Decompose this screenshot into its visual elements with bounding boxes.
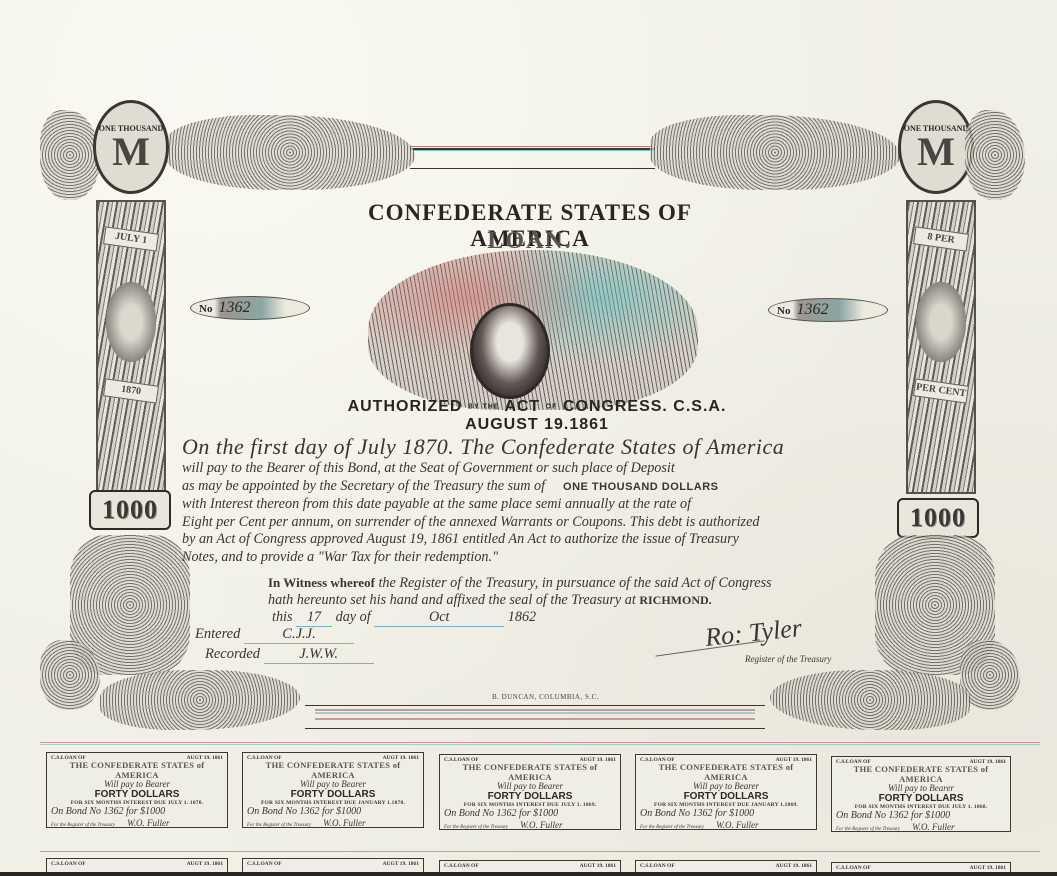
witness-lead: In Witness whereof — [268, 575, 375, 590]
coupon-register-line: For the Register of the TreasuryW.O. Ful… — [640, 820, 812, 830]
left-serial-number: No1362 — [190, 296, 310, 320]
coupon-bond-number: On Bond No 1362 for $1000 — [51, 806, 223, 818]
coupon-separator-cyan — [40, 744, 1040, 745]
left-pillar-banner-top: JULY 1 — [103, 226, 159, 251]
coupon-bond-number: On Bond No 1362 for $1000 — [444, 808, 616, 820]
coupon-register-line: For the Register of the TreasuryW.O. Ful… — [836, 822, 1006, 832]
printer-imprint: B. DUNCAN, COLUMBIA, S.C. — [492, 693, 599, 701]
coupon-issuer: THE CONFEDERATE STATES of AMERICA — [444, 762, 616, 782]
entered-value: C.J.J. — [244, 626, 354, 644]
act-text: ACT — [504, 398, 540, 415]
coupon-bond-number: On Bond No 1362 for $1000 — [247, 806, 419, 818]
coupon-bond-number: On Bond No 1362 for $1000 — [836, 810, 1006, 822]
scan-bottom-edge — [0, 872, 1057, 876]
serial-value: 1362 — [218, 299, 250, 316]
coupon-signature: W.O. Fuller — [127, 818, 169, 828]
witness-text-1: the Register of the Treasury, in pursuan… — [378, 575, 771, 591]
coupon-register-text: For the Register of the Treasury — [51, 823, 115, 828]
coupon-pay-text: Will pay to Bearer — [640, 782, 812, 791]
congress-text: CONGRESS. C.S.A. — [563, 398, 727, 415]
entered-line: Entered C.J.J. — [195, 626, 354, 644]
coupon-1: C.S.LOAN OFAUGT 19. 1861 THE CONFEDERATE… — [46, 752, 228, 828]
bottom-rule-2 — [305, 728, 765, 729]
this-label: this — [272, 609, 293, 625]
left-pillar-banner-bottom: 1870 — [103, 378, 159, 403]
right-pillar-figure — [916, 282, 966, 362]
coupon-pay-text: Will pay to Bearer — [247, 780, 419, 789]
serial-value: 1362 — [796, 301, 828, 318]
right-serial-number: No1362 — [768, 298, 888, 322]
recorded-line: Recorded J.W.W. — [205, 646, 374, 664]
coupon-signature: W.O. Fuller — [716, 820, 758, 830]
bond-body-text: On the first day of July 1870. The Confe… — [182, 434, 894, 566]
coupon-amount: FORTY DOLLARS — [51, 789, 223, 800]
left-cherub-engraving — [40, 110, 100, 200]
right-pillar-banner-bottom: PER CENT — [913, 378, 969, 403]
bond-certificate: ONE THOUSAND M ONE THOUSAND M JULY 1 187… — [0, 0, 1057, 876]
jefferson-davis-portrait — [470, 303, 550, 399]
day-of-label: day of — [336, 609, 371, 625]
top-rule-cyan — [410, 150, 655, 151]
bottom-rule-red-2 — [315, 718, 755, 720]
body-line-1: On the first day of July 1870. The Confe… — [182, 434, 894, 460]
coupon-amount: FORTY DOLLARS — [247, 789, 419, 800]
body-line-3: as may be appointed by the Secretary of … — [182, 478, 894, 497]
of-text: OF — [546, 403, 558, 410]
body-line-3-text: as may be appointed by the Secretary of … — [182, 478, 545, 494]
coupon-issuer: THE CONFEDERATE STATES of AMERICA — [247, 760, 419, 780]
month-value: Oct — [374, 609, 504, 627]
left-thousand-medallion: ONE THOUSAND M — [93, 100, 169, 194]
serial-label: No — [199, 303, 212, 315]
year-value: 1862 — [508, 609, 536, 625]
register-title: Register of the Treasury — [745, 654, 831, 664]
right-pillar-banner-top: 8 PER — [913, 226, 969, 251]
recorded-value: J.W.W. — [264, 646, 374, 664]
coupon-issuer: THE CONFEDERATE STATES of AMERICA — [640, 762, 812, 782]
date-text: AUGUST 19.1861 — [465, 416, 609, 433]
coupon-separator-red — [40, 742, 1040, 743]
left-wheat-pillar: JULY 1 1870 — [96, 200, 166, 494]
body-line-6: by an Act of Congress approved August 19… — [182, 531, 894, 549]
body-line-2: will pay to the Bearer of this Bond, at … — [182, 460, 894, 478]
top-rule-red — [410, 146, 655, 147]
coupon-register-line: For the Register of the TreasuryW.O. Ful… — [444, 820, 616, 830]
top-right-landscape-engraving — [650, 115, 900, 190]
coupon-bond-number: On Bond No 1362 for $1000 — [640, 808, 812, 820]
right-wheat-pillar: 8 PER PER CENT — [906, 200, 976, 494]
bottom-rule-cyan — [315, 712, 755, 714]
body-line-5: Eight per Cent per annum, on surrender o… — [182, 514, 894, 532]
entered-label: Entered — [195, 626, 240, 642]
serial-label: No — [777, 305, 790, 317]
authorized-text: AUTHORIZED — [348, 398, 463, 415]
coupon-register-text: For the Register of the Treasury — [836, 827, 900, 832]
witness-text-2: hath hereunto set his hand and affixed t… — [268, 592, 636, 608]
coupon-pay-text: Will pay to Bearer — [836, 784, 1006, 793]
body-line-4: with Interest thereon from this date pay… — [182, 496, 894, 514]
coupon-amount: FORTY DOLLARS — [444, 791, 616, 802]
top-left-landscape-engraving — [165, 115, 415, 190]
left-denomination: 1000 — [89, 490, 171, 530]
coupon-register-text: For the Register of the Treasury — [247, 823, 311, 828]
coupon-row2-separator — [40, 851, 1040, 852]
bottom-right-cornucopia — [770, 670, 970, 730]
left-pillar-figure — [106, 282, 156, 362]
coupon-amount: FORTY DOLLARS — [836, 793, 1006, 804]
coupon-amount: FORTY DOLLARS — [640, 791, 812, 802]
coupon-issuer: THE CONFEDERATE STATES of AMERICA — [51, 760, 223, 780]
coupon-3: C.S.LOAN OFAUGT 19. 1861 THE CONFEDERATE… — [439, 754, 621, 830]
coupon-register-text: For the Register of the Treasury — [444, 825, 508, 830]
bottom-rule-red — [315, 709, 755, 711]
right-denomination: 1000 — [897, 498, 979, 538]
witness-line-2: hath hereunto set his hand and affixed t… — [268, 592, 888, 609]
witness-line-1: In Witness whereof the Register of the T… — [268, 574, 888, 592]
coupon-signature: W.O. Fuller — [912, 822, 954, 832]
coupon-signature: W.O. Fuller — [520, 820, 562, 830]
coupon-2: C.S.LOAN OFAUGT 19. 1861 THE CONFEDERATE… — [242, 752, 424, 828]
coupon-4: C.S.LOAN OFAUGT 19. 1861 THE CONFEDERATE… — [635, 754, 817, 830]
coupon-signature: W.O. Fuller — [323, 818, 365, 828]
top-rule-lower — [410, 168, 655, 169]
right-thousand-medallion: ONE THOUSAND M — [898, 100, 974, 194]
witness-place: RICHMOND. — [639, 593, 711, 607]
coupon-register-line: For the Register of the TreasuryW.O. Ful… — [247, 818, 419, 828]
coupon-issuer: THE CONFEDERATE STATES of AMERICA — [836, 764, 1006, 784]
bond-sum: ONE THOUSAND DOLLARS — [563, 481, 718, 493]
bottom-left-cornucopia — [100, 670, 300, 730]
right-cherub-engraving — [965, 110, 1025, 200]
recorded-label: Recorded — [205, 646, 260, 662]
body-line-7: Notes, and to provide a "War Tax for the… — [182, 549, 894, 567]
authorized-line: AUTHORIZED BY THE ACT OF CONGRESS. C.S.A… — [312, 398, 762, 434]
coupon-5: C.S.LOAN OFAUGT 19. 1861 THE CONFEDERATE… — [831, 756, 1011, 832]
coupon-pay-text: Will pay to Bearer — [51, 780, 223, 789]
medallion-letter: M — [112, 133, 150, 171]
by-the-text: BY THE — [468, 403, 500, 410]
coupon-register-text: For the Register of the Treasury — [640, 825, 704, 830]
medallion-letter: M — [917, 133, 955, 171]
coupon-pay-text: Will pay to Bearer — [444, 782, 616, 791]
day-value: 17 — [296, 609, 332, 627]
bottom-rule-1 — [305, 705, 765, 706]
coupon-register-line: For the Register of the TreasuryW.O. Ful… — [51, 818, 223, 828]
